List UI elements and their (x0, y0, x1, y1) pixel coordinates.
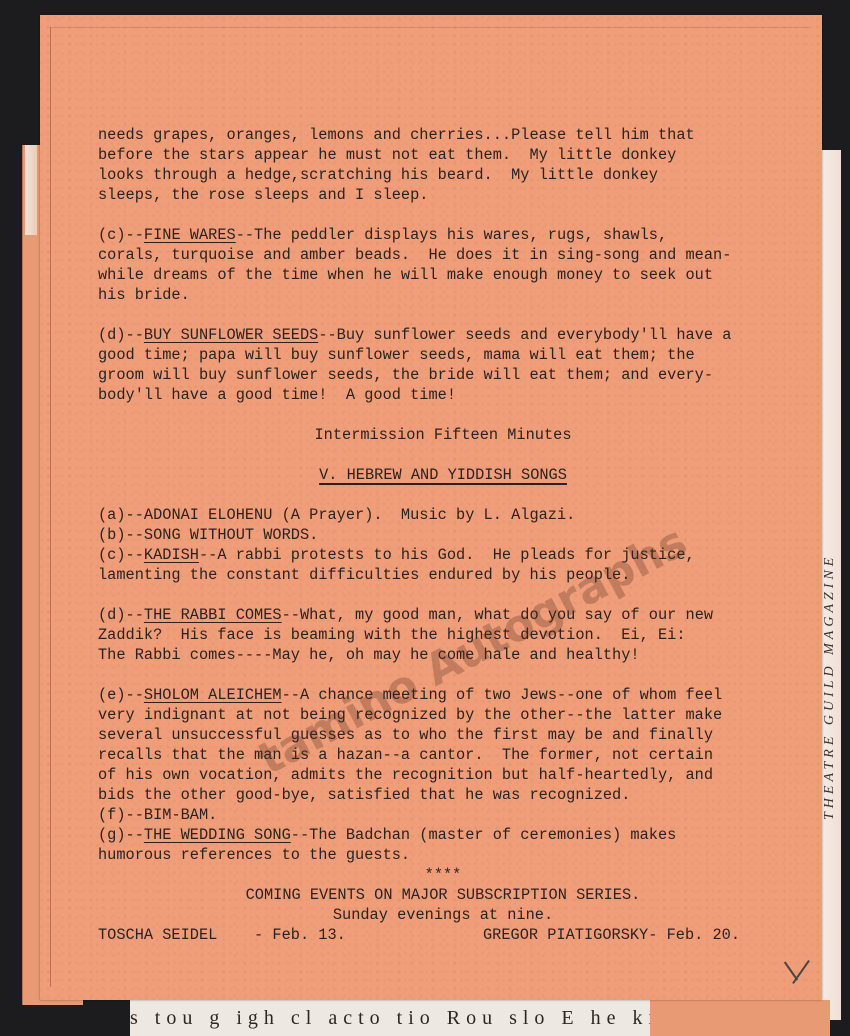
magazine-spine-title: THEATRE GUILD MAGAZINE (822, 554, 838, 820)
intro-paragraph: needs grapes, oranges, lemons and cherri… (98, 125, 788, 205)
item-label: (f)-- (98, 806, 144, 824)
program-item: (c)--KADISH--A rabbi protests to his God… (98, 545, 788, 585)
item-title: SONG WITHOUT WORDS. (144, 526, 318, 544)
program-item: (d)--BUY SUNFLOWER SEEDS--Buy sunflower … (98, 325, 788, 405)
program-item: (d)--THE RABBI COMES--What, my good man,… (98, 605, 788, 665)
underlying-page-text: s tou g igh cl acto tio Rou slo E he kn … (130, 1000, 650, 1036)
item-label: (e)-- (98, 686, 144, 704)
background-sheet-bottom-right (650, 1000, 830, 1036)
page-fold-line (50, 27, 51, 987)
program-item: (g)--THE WEDDING SONG--The Badchan (mast… (98, 825, 788, 865)
event-row: TOSCHA SEIDEL - Feb. 13.GREGOR PIATIGORS… (98, 925, 788, 945)
item-title: ADONAI ELOHENU (144, 506, 273, 524)
item-title: THE RABBI COMES (144, 606, 282, 624)
part-four-items: (c)--FINE WARES--The peddler displays hi… (98, 225, 788, 405)
section-heading: V. HEBREW AND YIDDISH SONGS (98, 465, 788, 485)
item-label: (d)-- (98, 326, 144, 344)
section-heading-text: V. HEBREW AND YIDDISH SONGS (319, 466, 567, 484)
part-five-items: (a)--ADONAI ELOHENU (A Prayer). Music by… (98, 505, 788, 865)
underlying-printed-page: s tou g igh cl acto tio Rou slo E he kn … (130, 1000, 650, 1036)
program-item: (f)--BIM-BAM. (98, 805, 788, 825)
typewritten-text: needs grapes, oranges, lemons and cherri… (98, 125, 788, 945)
item-title: FINE WARES (144, 226, 236, 244)
event-left: TOSCHA SEIDEL - Feb. 13. (98, 925, 483, 945)
item-label: (c)-- (98, 226, 144, 244)
photo-scene: THEATRE GUILD MAGAZINE s tou g igh cl ac… (0, 0, 850, 1036)
separator: **** (98, 865, 788, 885)
item-title: SHOLOM ALEICHEM (144, 686, 282, 704)
coming-events-title: COMING EVENTS ON MAJOR SUBSCRIPTION SERI… (98, 885, 788, 905)
item-label: (d)-- (98, 606, 144, 624)
item-title: BIM-BAM. (144, 806, 217, 824)
item-title: BUY SUNFLOWER SEEDS (144, 326, 318, 344)
item-title: KADISH (144, 546, 199, 564)
item-label: (g)-- (98, 826, 144, 844)
program-item: (c)--FINE WARES--The peddler displays hi… (98, 225, 788, 305)
coming-events-subtitle: Sunday evenings at nine. (98, 905, 788, 925)
item-label: (c)-- (98, 546, 144, 564)
program-item: (a)--ADONAI ELOHENU (A Prayer). Music by… (98, 505, 788, 525)
program-item: (e)--SHOLOM ALEICHEM--A chance meeting o… (98, 685, 788, 805)
background-sheet-left-edge (25, 145, 37, 235)
item-label: (b)-- (98, 526, 144, 544)
item-description: (A Prayer). Music by L. Algazi. (272, 506, 575, 524)
events-list: TOSCHA SEIDEL - Feb. 13.GREGOR PIATIGORS… (98, 925, 788, 945)
page-edge-line (50, 27, 810, 28)
intermission-note: Intermission Fifteen Minutes (98, 425, 788, 445)
item-title: THE WEDDING SONG (144, 826, 291, 844)
program-item: (b)--SONG WITHOUT WORDS. (98, 525, 788, 545)
event-right: GREGOR PIATIGORSKY- Feb. 20. (483, 925, 740, 945)
item-label: (a)-- (98, 506, 144, 524)
